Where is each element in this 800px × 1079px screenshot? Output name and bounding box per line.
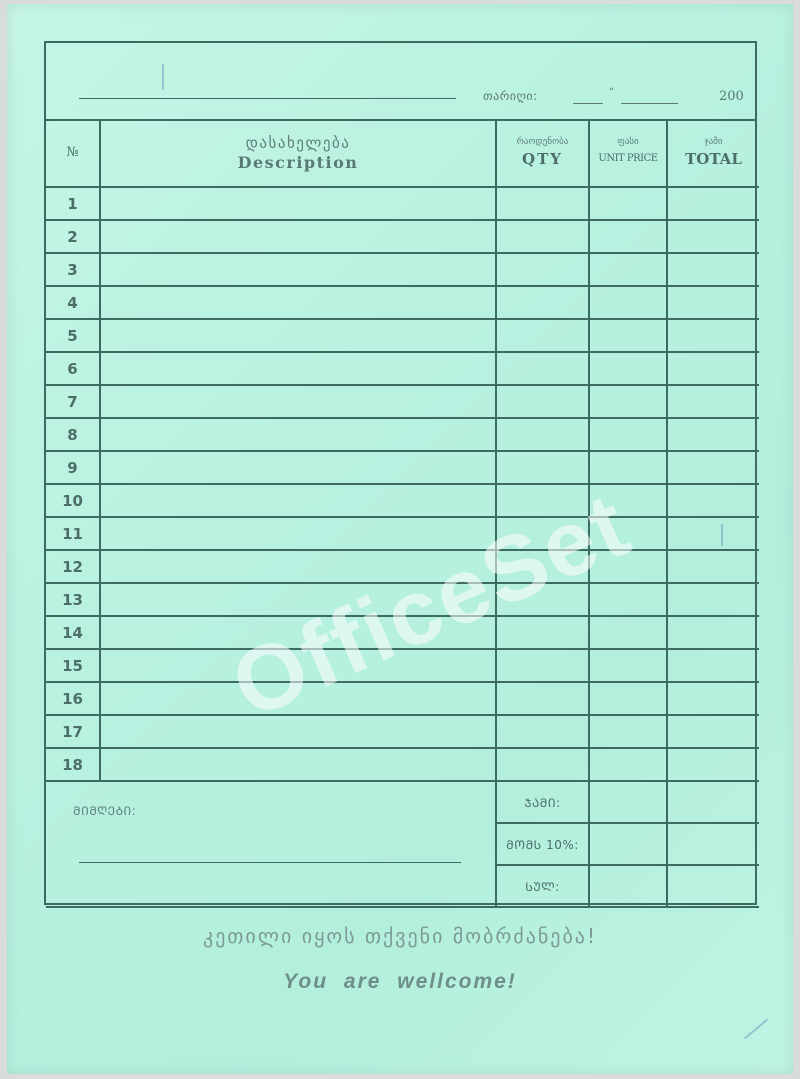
unit-price-cell[interactable]	[589, 517, 667, 550]
date-separator: “	[609, 87, 614, 98]
col-qty-ka: რაოდენობა	[497, 136, 588, 148]
table-row: 8	[46, 418, 759, 451]
qty-cell[interactable]	[496, 484, 589, 517]
table-row: 2	[46, 220, 759, 253]
qty-cell[interactable]	[496, 352, 589, 385]
items-body: 123456789101112131415161718	[46, 187, 759, 781]
unit-price-cell[interactable]	[589, 220, 667, 253]
table-row: 11	[46, 517, 759, 550]
row-number: 11	[46, 517, 100, 550]
unit-price-cell[interactable]	[589, 649, 667, 682]
description-cell[interactable]	[100, 187, 496, 220]
grand-total-cell-b[interactable]	[667, 865, 759, 907]
total-cell[interactable]	[667, 187, 759, 220]
total-cell[interactable]	[667, 352, 759, 385]
subtotal-cell-b[interactable]	[667, 781, 759, 823]
row-number: 15	[46, 649, 100, 682]
pen-mark	[744, 1019, 768, 1040]
date-label: თარიღი:	[483, 89, 538, 103]
row-number: 8	[46, 418, 100, 451]
row-number: 2	[46, 220, 100, 253]
qty-cell[interactable]	[496, 748, 589, 781]
date-day-blank[interactable]	[573, 103, 603, 104]
unit-price-cell[interactable]	[589, 616, 667, 649]
description-cell[interactable]	[100, 451, 496, 484]
table-row: 17	[46, 715, 759, 748]
description-cell[interactable]	[100, 253, 496, 286]
qty-cell[interactable]	[496, 583, 589, 616]
subtotal-label: ᲯᲐᲛᲘ:	[496, 781, 589, 823]
table-row: 18	[46, 748, 759, 781]
total-cell[interactable]	[667, 220, 759, 253]
total-cell[interactable]	[667, 385, 759, 418]
recipient-cell: ᲛᲘᲛᲦᲔᲑᲘ:	[46, 781, 496, 907]
row-number: 9	[46, 451, 100, 484]
qty-cell[interactable]	[496, 187, 589, 220]
date-month-blank[interactable]	[621, 103, 678, 104]
qty-cell[interactable]	[496, 220, 589, 253]
row-number: 17	[46, 715, 100, 748]
unit-price-cell[interactable]	[589, 352, 667, 385]
table-row: 15	[46, 649, 759, 682]
total-cell[interactable]	[667, 517, 759, 550]
table-row: 13	[46, 583, 759, 616]
qty-cell[interactable]	[496, 418, 589, 451]
unit-price-cell[interactable]	[589, 682, 667, 715]
description-cell[interactable]	[100, 550, 496, 583]
table-row: 16	[46, 682, 759, 715]
col-header-unit-price: ფასი UNIT PRICE	[589, 119, 667, 187]
qty-cell[interactable]	[496, 616, 589, 649]
description-cell[interactable]	[100, 682, 496, 715]
table-row: 6	[46, 352, 759, 385]
total-cell[interactable]	[667, 616, 759, 649]
footer-greeting-en: You are wellcome!	[7, 970, 793, 994]
total-cell[interactable]	[667, 550, 759, 583]
col-qty-en: QTY	[497, 148, 588, 170]
total-cell[interactable]	[667, 418, 759, 451]
table-header-row: № დასახელება Description რაოდენობა QTY ფ…	[46, 119, 759, 187]
unit-price-cell[interactable]	[589, 583, 667, 616]
col-description-en: Description	[101, 153, 495, 173]
table-row: 9	[46, 451, 759, 484]
row-number: 16	[46, 682, 100, 715]
grand-total-label: ᲡᲣᲚ:	[496, 865, 589, 907]
table-row: 12	[46, 550, 759, 583]
total-cell[interactable]	[667, 649, 759, 682]
description-cell[interactable]	[100, 517, 496, 550]
description-cell[interactable]	[100, 649, 496, 682]
footer-greeting-ka: კეთილი იყოს თქვენი მობრძანება!	[7, 924, 793, 948]
description-cell[interactable]	[100, 748, 496, 781]
table-row: 4	[46, 286, 759, 319]
row-number: 12	[46, 550, 100, 583]
qty-cell[interactable]	[496, 517, 589, 550]
total-cell[interactable]	[667, 451, 759, 484]
table-row: 1	[46, 187, 759, 220]
qty-cell[interactable]	[496, 451, 589, 484]
description-cell[interactable]	[100, 286, 496, 319]
total-cell[interactable]	[667, 319, 759, 352]
row-number: 13	[46, 583, 100, 616]
table-row: 14	[46, 616, 759, 649]
description-cell[interactable]	[100, 418, 496, 451]
description-cell[interactable]	[100, 616, 496, 649]
description-cell[interactable]	[100, 352, 496, 385]
date-year-prefix: 200	[719, 89, 744, 104]
service-label: ᲛᲝᲛᲡ 10%:	[496, 823, 589, 865]
col-description-ka: დასახელება	[101, 133, 495, 153]
unit-price-cell[interactable]	[589, 715, 667, 748]
row-number: 4	[46, 286, 100, 319]
col-header-total: ჯამი TOTAL	[667, 119, 759, 187]
summary-body: ᲛᲘᲛᲦᲔᲑᲘ: ᲯᲐᲛᲘ: ᲛᲝᲛᲡ 10%: ᲡᲣᲚ:	[46, 781, 759, 907]
col-total-en: TOTAL	[668, 148, 759, 170]
unit-price-cell[interactable]	[589, 451, 667, 484]
col-unit-price-en: UNIT PRICE	[590, 148, 666, 170]
table-row: 5	[46, 319, 759, 352]
table-row: 7	[46, 385, 759, 418]
unit-price-cell[interactable]	[589, 550, 667, 583]
qty-cell[interactable]	[496, 253, 589, 286]
unit-price-cell[interactable]	[589, 187, 667, 220]
row-number: 5	[46, 319, 100, 352]
total-cell[interactable]	[667, 748, 759, 781]
row-number: 7	[46, 385, 100, 418]
qty-cell[interactable]	[496, 286, 589, 319]
qty-cell[interactable]	[496, 319, 589, 352]
qty-cell[interactable]	[496, 649, 589, 682]
unit-price-cell[interactable]	[589, 319, 667, 352]
col-header-description: დასახელება Description	[100, 119, 496, 187]
row-number: 18	[46, 748, 100, 781]
table-row: 3	[46, 253, 759, 286]
service-cell-b[interactable]	[667, 823, 759, 865]
col-unit-price-ka: ფასი	[590, 136, 666, 148]
total-cell[interactable]	[667, 253, 759, 286]
description-cell[interactable]	[100, 715, 496, 748]
row-number: 14	[46, 616, 100, 649]
qty-cell[interactable]	[496, 682, 589, 715]
items-table: № დასახელება Description რაოდენობა QTY ფ…	[46, 119, 759, 908]
unit-price-cell[interactable]	[589, 385, 667, 418]
recipient-signature-line[interactable]	[79, 862, 461, 863]
unit-price-cell[interactable]	[589, 286, 667, 319]
qty-cell[interactable]	[496, 550, 589, 583]
total-cell[interactable]	[667, 583, 759, 616]
unit-price-cell[interactable]	[589, 484, 667, 517]
total-cell[interactable]	[667, 286, 759, 319]
grand-total-cell-a[interactable]	[589, 865, 667, 907]
row-number: 10	[46, 484, 100, 517]
description-cell[interactable]	[100, 319, 496, 352]
total-cell[interactable]	[667, 682, 759, 715]
row-number: 1	[46, 187, 100, 220]
col-header-qty: რაოდენობა QTY	[496, 119, 589, 187]
title-blank-line[interactable]	[79, 98, 456, 99]
qty-cell[interactable]	[496, 385, 589, 418]
subtotal-cell-a[interactable]	[589, 781, 667, 823]
invoice-header: თარიღი: “ 200	[46, 43, 755, 121]
total-cell[interactable]	[667, 715, 759, 748]
description-cell[interactable]	[100, 583, 496, 616]
col-total-ka: ჯამი	[668, 136, 759, 148]
unit-price-cell[interactable]	[589, 253, 667, 286]
qty-cell[interactable]	[496, 715, 589, 748]
invoice-paper: თარიღი: “ 200 № დასახელება Description რ…	[7, 4, 793, 1074]
unit-price-cell[interactable]	[589, 748, 667, 781]
service-cell-a[interactable]	[589, 823, 667, 865]
invoice-frame: თარიღი: “ 200 № დასახელება Description რ…	[44, 41, 757, 905]
total-cell[interactable]	[667, 484, 759, 517]
unit-price-cell[interactable]	[589, 418, 667, 451]
description-cell[interactable]	[100, 220, 496, 253]
row-number: 6	[46, 352, 100, 385]
description-cell[interactable]	[100, 484, 496, 517]
recipient-label: ᲛᲘᲛᲦᲔᲑᲘ:	[73, 802, 136, 819]
row-number: 3	[46, 253, 100, 286]
description-cell[interactable]	[100, 385, 496, 418]
col-header-number: №	[46, 119, 100, 187]
summary-row-subtotal: ᲛᲘᲛᲦᲔᲑᲘ: ᲯᲐᲛᲘ:	[46, 781, 759, 823]
table-row: 10	[46, 484, 759, 517]
